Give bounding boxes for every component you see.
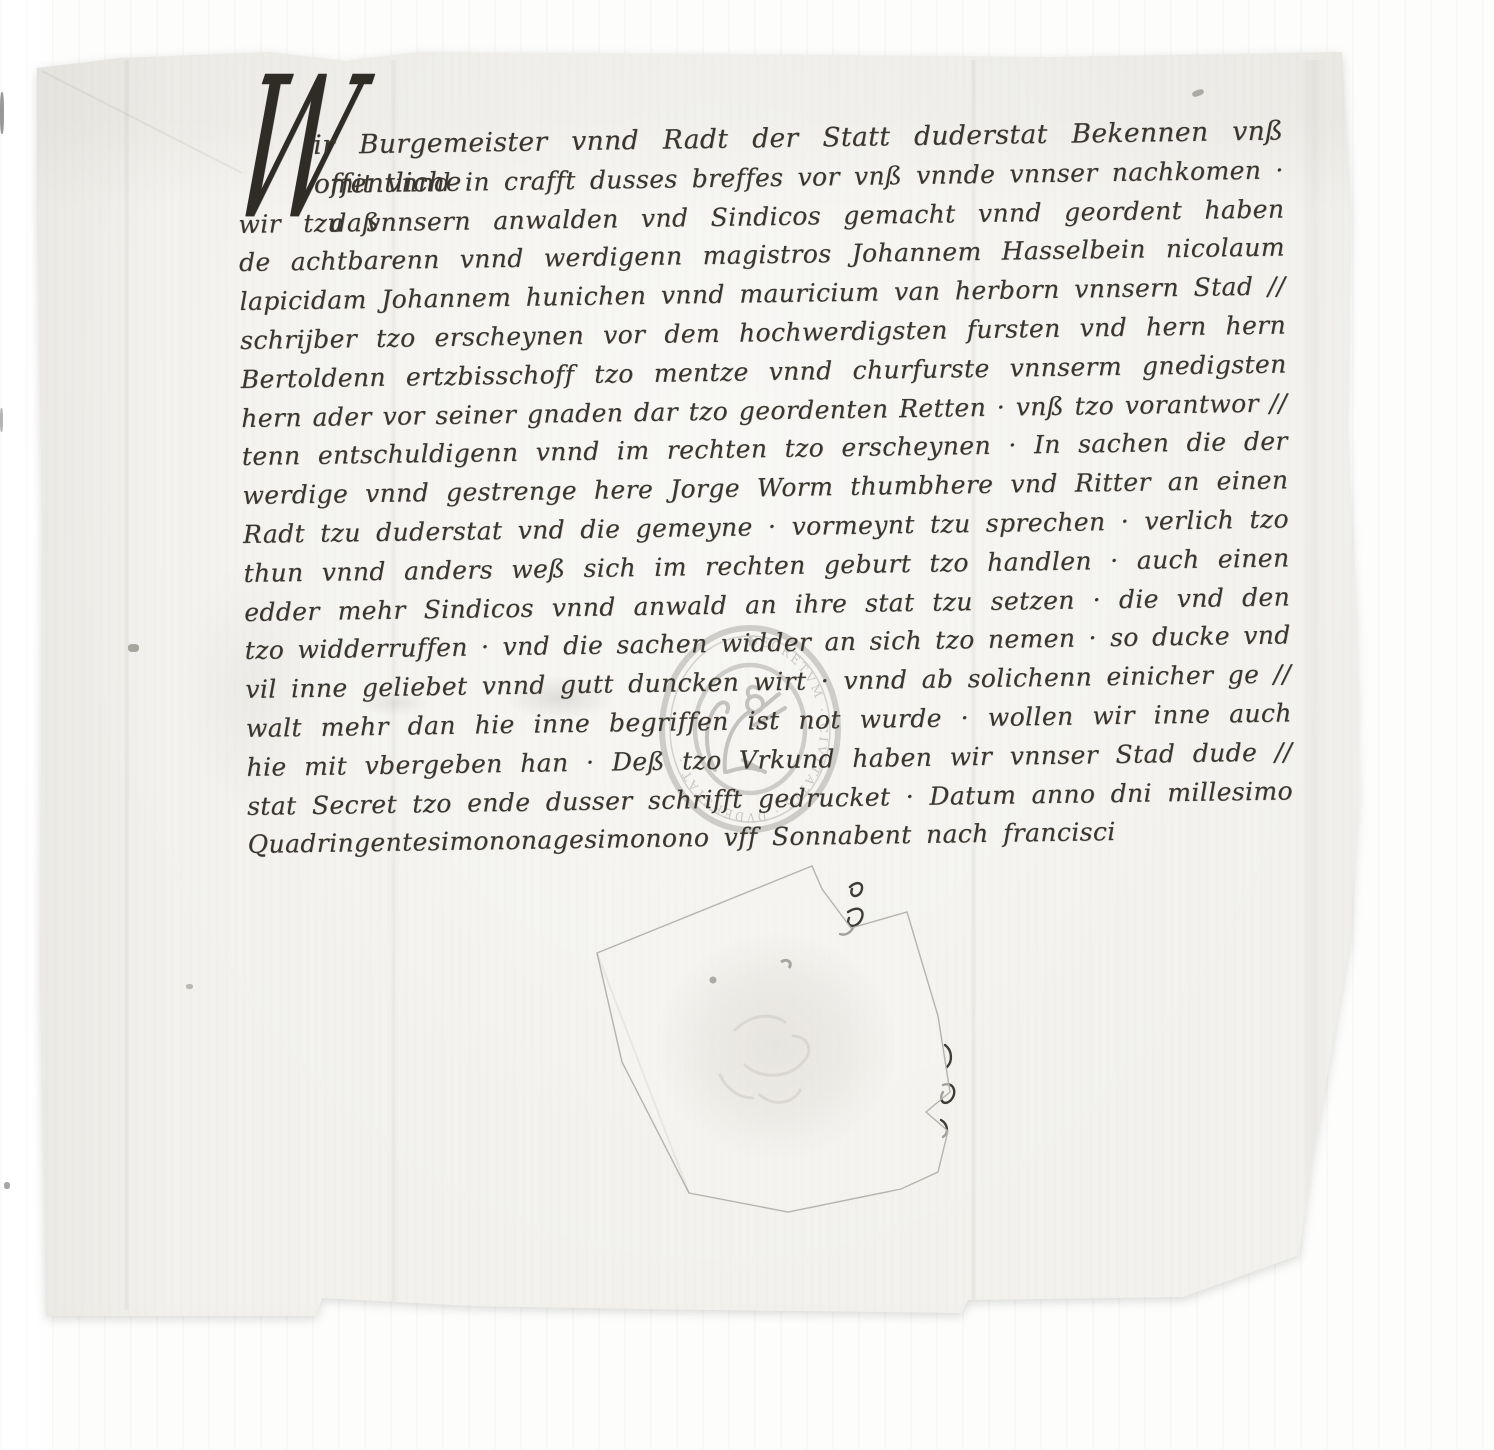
fold-line — [123, 60, 130, 1310]
scanned-document-image: SECRETVM · CIVITATIS · DVDERSTAT · W ir … — [0, 0, 1494, 1450]
scan-edge-mark — [0, 408, 3, 432]
manuscript-text: ir Burgemeister vnnd Radt der Statt dude… — [237, 112, 1294, 865]
paper-fleck — [128, 644, 139, 652]
papered-wax-seal — [545, 840, 985, 1240]
fold-line — [1300, 60, 1326, 1310]
seal-covering-paper — [597, 866, 950, 1212]
scan-edge-mark — [0, 92, 4, 134]
scan-edge-mark — [4, 1182, 10, 1189]
paper-fleck — [186, 984, 193, 989]
corner-crease — [41, 70, 242, 174]
